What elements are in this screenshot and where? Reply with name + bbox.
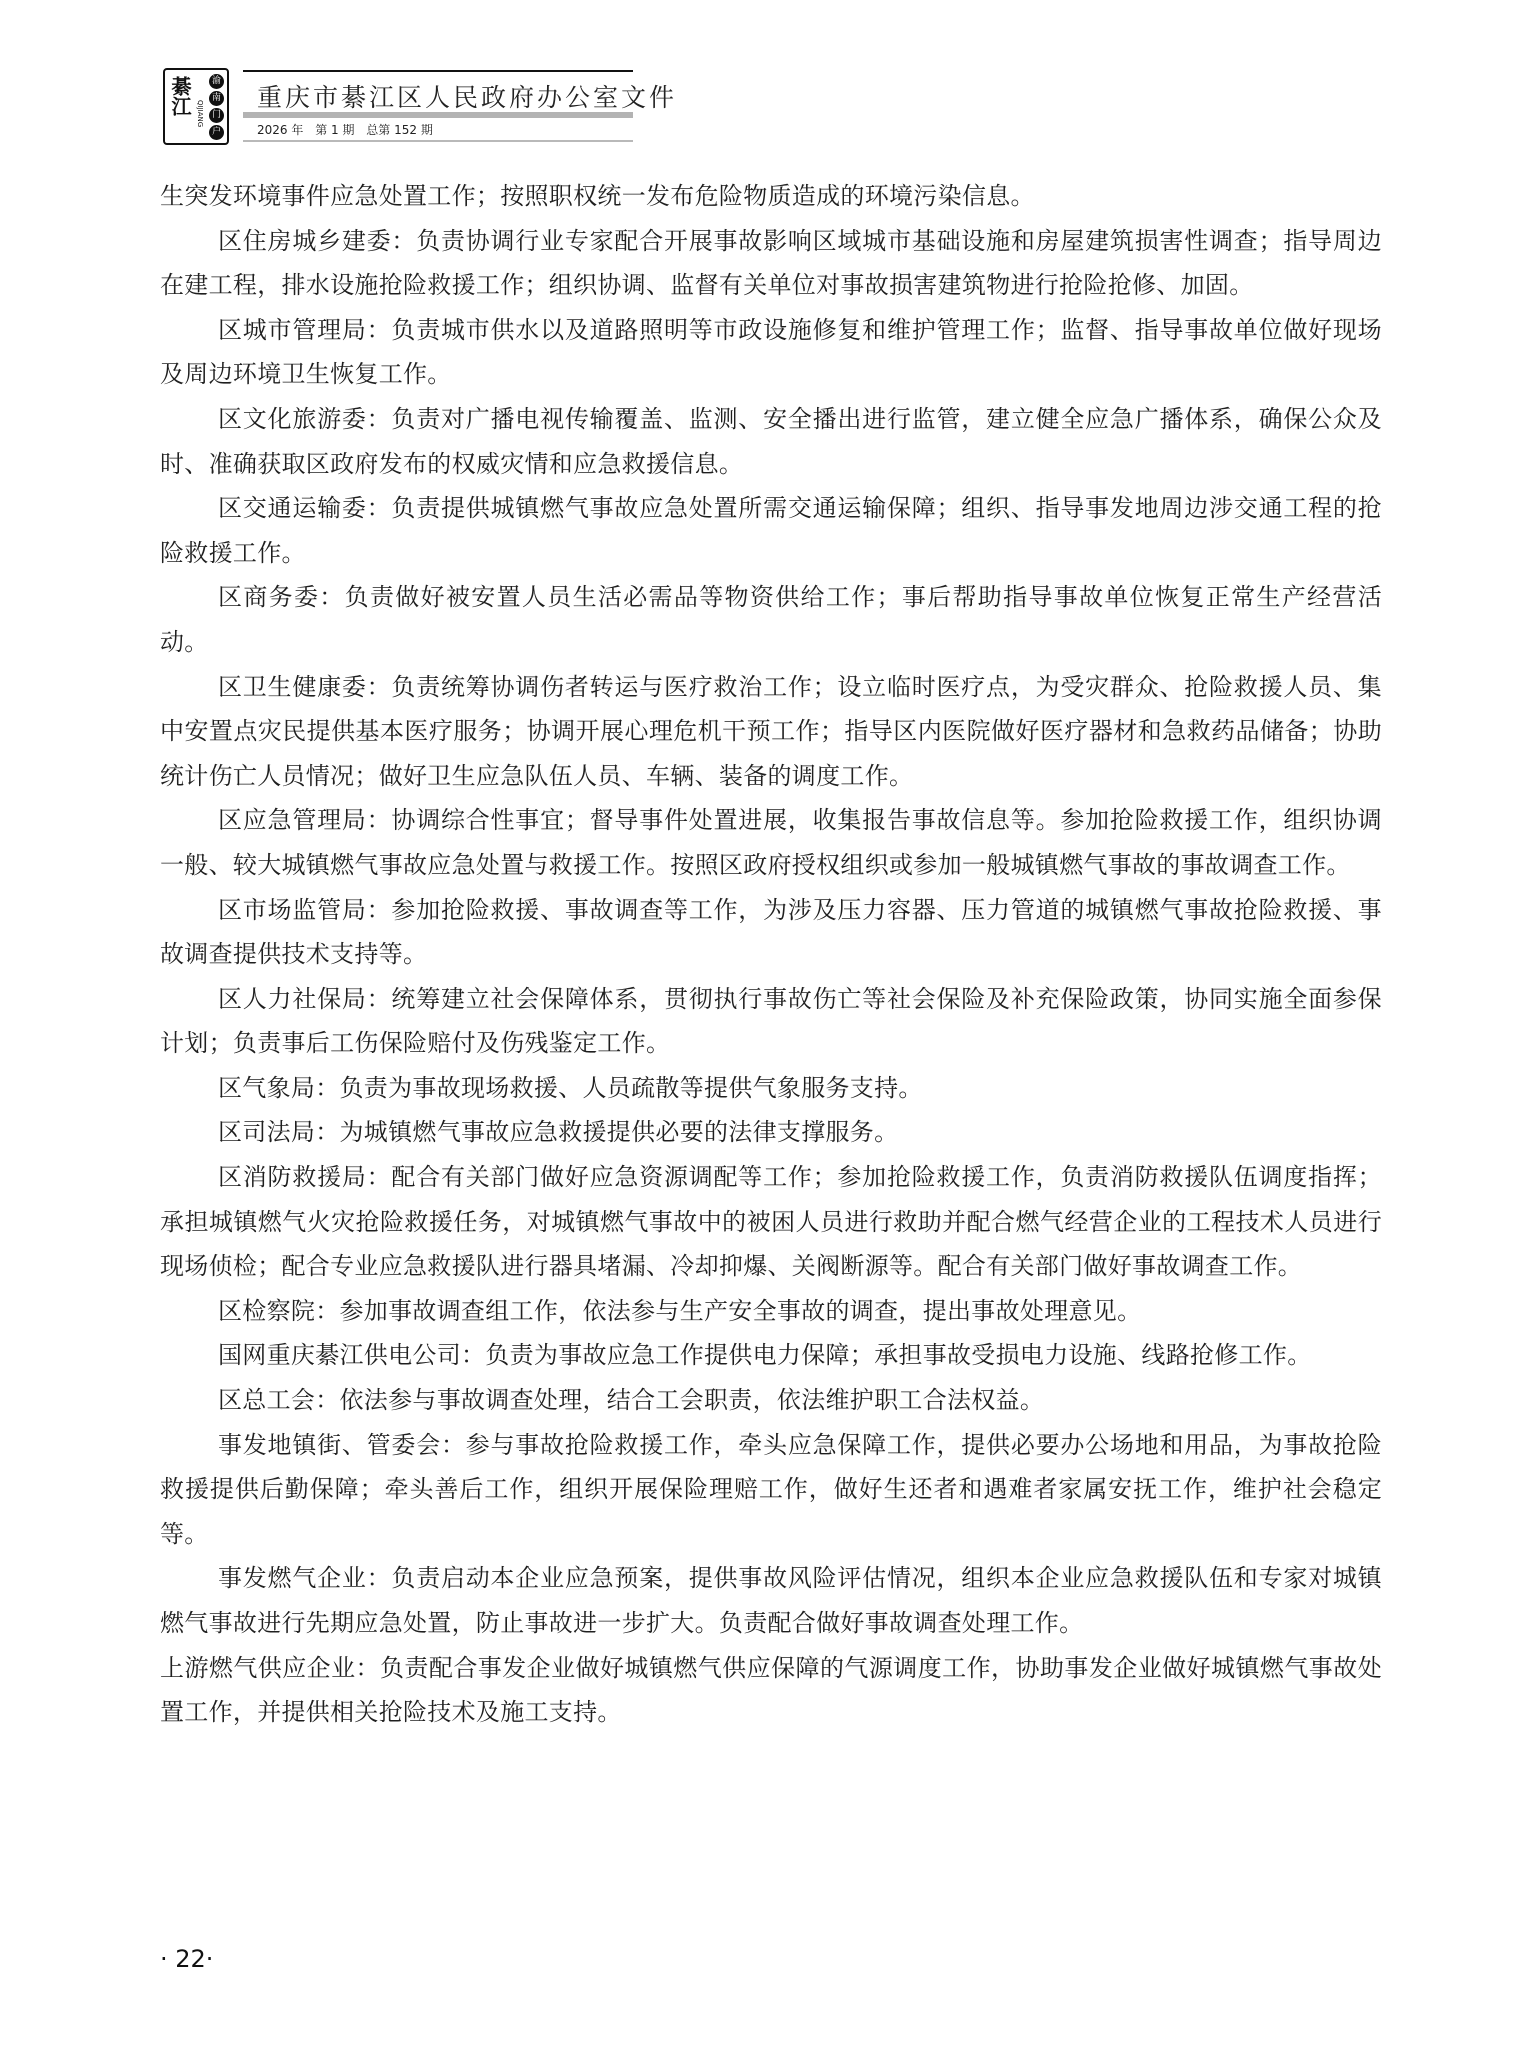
document-body: 生突发环境事件应急处置工作；按照职权统一发布危险物质造成的环境污染信息。 区住房… <box>160 174 1382 1735</box>
paragraph: 生突发环境事件应急处置工作；按照职权统一发布危险物质造成的环境污染信息。 <box>160 174 1382 219</box>
paragraph: 区气象局：负责为事故现场救援、人员疏散等提供气象服务支持。 <box>160 1066 1382 1111</box>
logo-circle-stack: 渝 南 门 户 <box>209 74 224 140</box>
paragraph: 区商务委：负责做好被安置人员生活必需品等物资供给工作；事后帮助指导事故单位恢复正… <box>160 575 1382 664</box>
paragraph: 区市场监管局：参加抢险救援、事故调查等工作，为涉及压力容器、压力管道的城镇燃气事… <box>160 888 1382 977</box>
paragraph: 区司法局：为城镇燃气事故应急救援提供必要的法律支撑服务。 <box>160 1110 1382 1155</box>
paragraph: 区检察院：参加事故调查组工作，依法参与生产安全事故的调查，提出事故处理意见。 <box>160 1289 1382 1334</box>
issue-info: 2026 年 第 1 期 总第 152 期 <box>257 121 441 138</box>
paragraph: 区城市管理局：负责城市供水以及道路照明等市政设施修复和维护管理工作；监督、指导事… <box>160 308 1382 397</box>
page-number: · 22· <box>160 1945 213 1973</box>
paragraph: 事发燃气企业：负责启动本企业应急预案，提供事故风险评估情况，组织本企业应急救援队… <box>160 1556 1382 1645</box>
paragraph: 区住房城乡建委：负责协调行业专家配合开展事故影响区域城市基础设施和房屋建筑损害性… <box>160 219 1382 308</box>
paragraph: 区总工会：依法参与事故调查处理，结合工会职责，依法维护职工合法权益。 <box>160 1378 1382 1423</box>
paragraph: 上游燃气供应企业：负责配合事发企业做好城镇燃气供应保障的气源调度工作，协助事发企… <box>160 1646 1382 1735</box>
paragraph: 国网重庆綦江供电公司：负责为事故应急工作提供电力保障；承担事故受损电力设施、线路… <box>160 1333 1382 1378</box>
paragraph: 区文化旅游委：负责对广播电视传输覆盖、监测、安全播出进行监管，建立健全应急广播体… <box>160 397 1382 486</box>
header-rule-thick <box>243 112 633 118</box>
logo-circle-char: 渝 <box>209 74 224 89</box>
logo-main-text: 綦江 <box>170 76 192 116</box>
header-rule-bottom <box>243 140 633 142</box>
paragraph: 区卫生健康委：负责统筹协调伤者转运与医疗救治工作；设立临时医疗点，为受灾群众、抢… <box>160 665 1382 799</box>
issue-year: 2026 年 <box>257 123 303 137</box>
logo-circle-char: 户 <box>209 125 224 140</box>
issue-number: 第 1 期 <box>315 123 354 137</box>
document-header: 綦江 QIJIANG 渝 南 门 户 重庆市綦江区人民政府办公室文件 2026 … <box>163 68 633 148</box>
logo-english-text: QIJIANG <box>196 100 204 127</box>
issue-total: 总第 152 期 <box>366 123 433 137</box>
logo-circle-char: 南 <box>209 91 224 106</box>
paragraph: 事发地镇街、管委会：参与事故抢险救援工作，牵头应急保障工作，提供必要办公场地和用… <box>160 1423 1382 1557</box>
qijiang-logo: 綦江 QIJIANG 渝 南 门 户 <box>163 68 229 145</box>
paragraph: 区交通运输委：负责提供城镇燃气事故应急处置所需交通运输保障；组织、指导事发地周边… <box>160 486 1382 575</box>
logo-circle-char: 门 <box>209 108 224 123</box>
document-title: 重庆市綦江区人民政府办公室文件 <box>257 78 677 114</box>
header-rule-top <box>243 70 633 72</box>
paragraph: 区人力社保局：统筹建立社会保障体系，贯彻执行事故伤亡等社会保险及补充保险政策，协… <box>160 977 1382 1066</box>
paragraph: 区应急管理局：协调综合性事宜；督导事件处置进展，收集报告事故信息等。参加抢险救援… <box>160 798 1382 887</box>
paragraph: 区消防救援局：配合有关部门做好应急资源调配等工作；参加抢险救援工作，负责消防救援… <box>160 1155 1382 1289</box>
